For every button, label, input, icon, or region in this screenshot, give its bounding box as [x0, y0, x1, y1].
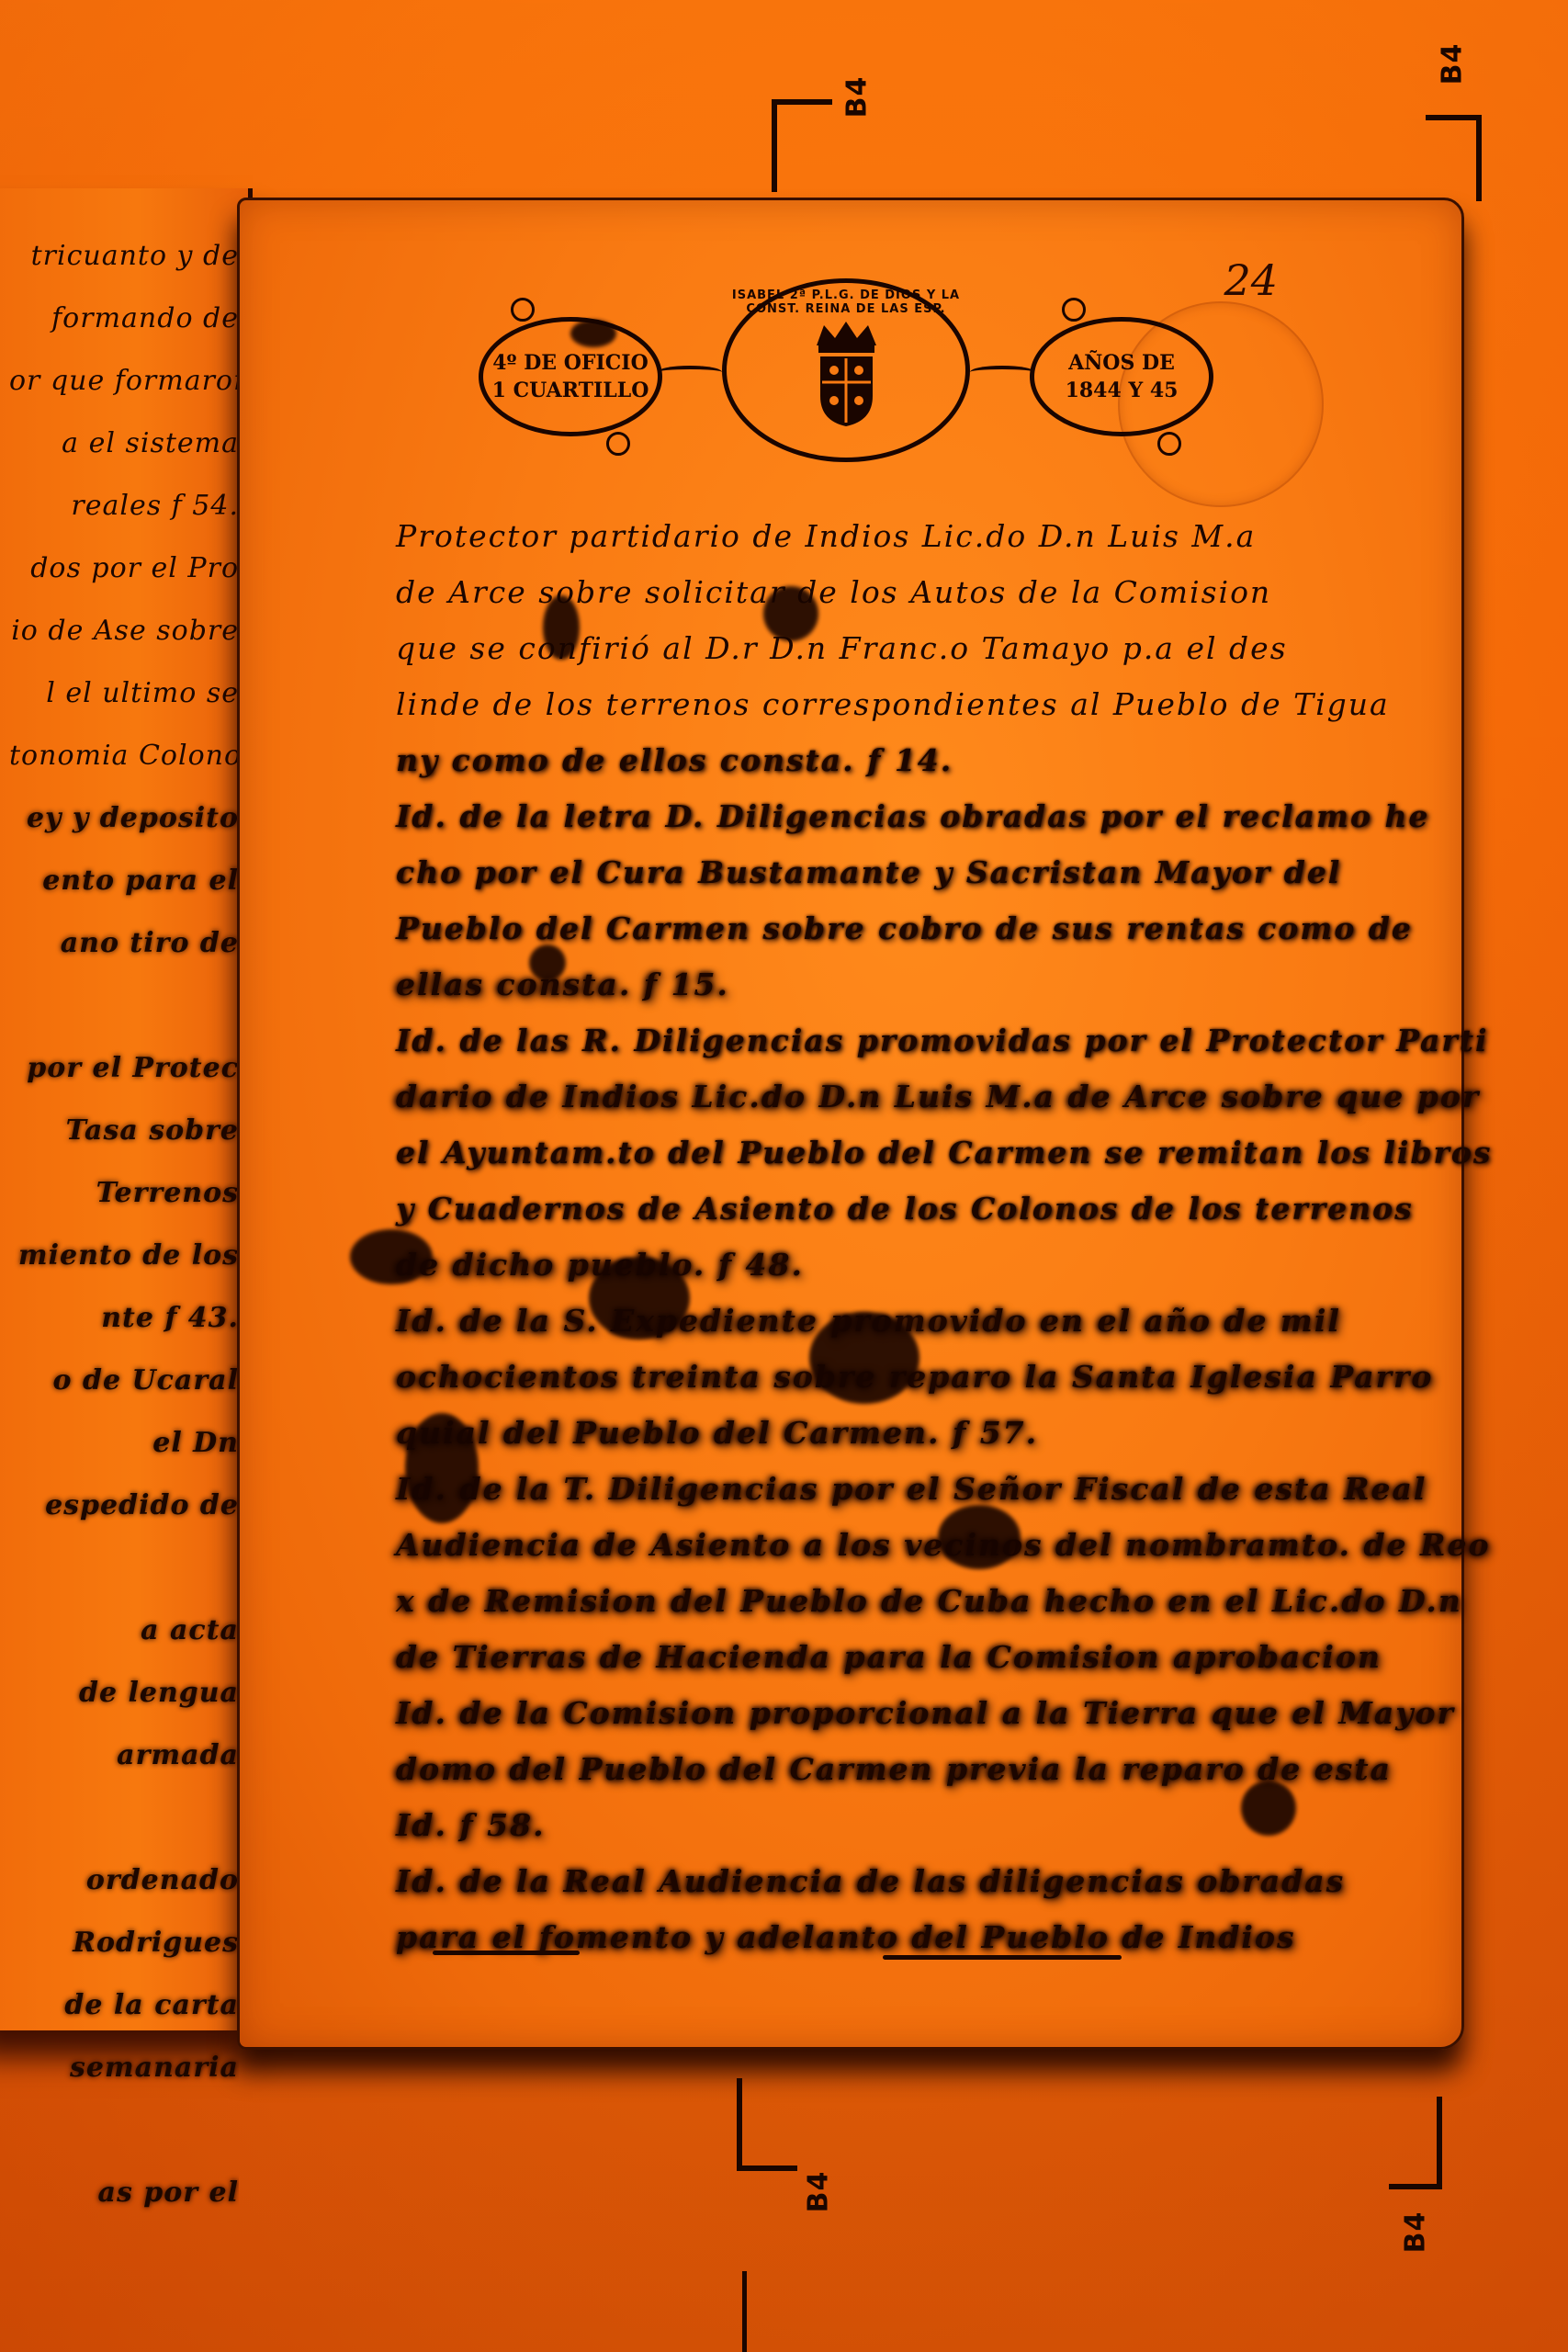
previous-page-line: as por el: [9, 2162, 239, 2224]
stamp-right-oval: AÑOS DE 1844 Y 45: [1030, 317, 1213, 436]
previous-page-line: dos por el Pro: [9, 537, 239, 600]
manuscript-line-text: que se confirió al D.r D.n Franc.o Tamay…: [396, 630, 1288, 666]
manuscript-line-text: Id. de la letra D. Diligencias obradas p…: [396, 798, 1429, 834]
closing-rule-line: [433, 1951, 580, 1955]
manuscript-line: Id. de la letra D. Diligencias obradas p…: [396, 788, 1425, 844]
previous-page-line: ano tiro de: [9, 912, 239, 975]
manuscript-line-text: ny como de ellos consta. f 14.: [396, 742, 953, 778]
manuscript-line: y Cuadernos de Asiento de los Colonos de…: [396, 1181, 1425, 1237]
crop-mark-bottom-right: [1389, 2097, 1442, 2189]
crop-label-bottom-right: B4: [1399, 2211, 1431, 2254]
ink-blot: [350, 1229, 433, 1284]
manuscript-line-text: Id. de la T. Diligencias por el Señor Fi…: [396, 1471, 1427, 1507]
crown-coat-of-arms-icon: [807, 318, 886, 428]
manuscript-line-text: dario de Indios Lic.do D.n Luis M.a de A…: [396, 1079, 1480, 1114]
previous-page-line: tricuanto y de: [9, 225, 239, 288]
manuscript-line-text: x de Remision del Pueblo de Cuba hecho e…: [396, 1583, 1462, 1619]
crop-mark-top-left: [772, 99, 832, 192]
manuscript-line: de dicho pueblo. f 48.: [396, 1237, 1425, 1293]
manuscript-line-text: linde de los terrenos correspondientes a…: [396, 686, 1390, 722]
flourish-ornament: [658, 366, 722, 379]
previous-page-line: de lengua: [9, 1662, 239, 1724]
manuscript-line-text: el Ayuntam.to del Pueblo del Carmen se r…: [396, 1135, 1493, 1170]
previous-page-line: miento de los: [9, 1225, 239, 1287]
previous-page: tricuanto y deformando deor que formaron…: [0, 188, 253, 2030]
previous-page-line: de la carta: [9, 1974, 239, 2037]
manuscript-line: ny como de ellos consta. f 14.: [396, 732, 1425, 788]
previous-page-line: [9, 1537, 239, 1600]
ink-blot: [589, 1257, 690, 1340]
manuscript-line: dario de Indios Lic.do D.n Luis M.a de A…: [396, 1069, 1425, 1125]
previous-page-line: or que formaron: [9, 350, 239, 413]
stamp-years-label: AÑOS DE: [1068, 349, 1175, 377]
manuscript-line-text: domo del Pueblo del Carmen previa la rep…: [396, 1751, 1392, 1787]
previous-page-line: [9, 2099, 239, 2162]
crop-label-bottom-left: B4: [802, 2171, 834, 2213]
previous-page-line: tonomia Colonos: [9, 725, 239, 787]
previous-page-line: espedido de: [9, 1475, 239, 1537]
previous-page-line: a el sistema: [9, 413, 239, 475]
manuscript-line-text: Id. de la Comision proporcional a la Tie…: [396, 1695, 1455, 1731]
manuscript-line-text: de Arce sobre solicitar de los Autos de …: [396, 574, 1271, 610]
ink-blot: [938, 1505, 1021, 1569]
stamp-class-text: 4º DE OFICIO: [492, 349, 649, 377]
previous-page-line: semanaria: [9, 2037, 239, 2099]
ink-blot: [1241, 1781, 1296, 1836]
previous-page-line: a acta: [9, 1600, 239, 1662]
manuscript-body: Protector partidario de Indios Lic.do D.…: [396, 508, 1425, 1965]
manuscript-line-text: Id. de la Real Audiencia de las diligenc…: [396, 1863, 1345, 1899]
manuscript-line: quial del Pueblo del Carmen. f 57.: [396, 1405, 1425, 1461]
previous-page-line: Terrenos: [9, 1162, 239, 1225]
manuscript-page: 24 4º DE OFICIO 1 CUARTILLO ISABEL 2ª P.…: [237, 198, 1464, 2050]
ink-blot: [809, 1312, 919, 1404]
previous-page-line: armada: [9, 1724, 239, 1787]
previous-page-line: ento para el: [9, 850, 239, 912]
closing-rule-line: [883, 1955, 1122, 1960]
frame-line-bottom: [742, 2271, 747, 2352]
manuscript-line: linde de los terrenos correspondientes a…: [396, 676, 1425, 732]
previous-page-line: nte f 43.: [9, 1287, 239, 1350]
previous-page-line: l el ultimo se: [9, 662, 239, 725]
stamp-years-value: 1844 Y 45: [1066, 377, 1179, 404]
manuscript-line-text: Id. de las R. Diligencias promovidas por…: [396, 1023, 1489, 1058]
manuscript-line: cho por el Cura Bustamante y Sacristan M…: [396, 844, 1425, 900]
manuscript-line-text: Id. f 58.: [396, 1807, 546, 1843]
ink-blot: [405, 1413, 479, 1523]
manuscript-line: Audiencia de Asiento a los vecinos del n…: [396, 1517, 1425, 1573]
previous-page-line: el Dn: [9, 1412, 239, 1475]
manuscript-line: Protector partidario de Indios Lic.do D.…: [396, 508, 1425, 564]
stamp-seal: 4º DE OFICIO 1 CUARTILLO ISABEL 2ª P.L.G…: [479, 278, 1213, 462]
manuscript-line: Id. de la Comision proporcional a la Tie…: [396, 1685, 1425, 1741]
previous-page-line: Rodrigues: [9, 1912, 239, 1974]
manuscript-line: de Tierras de Hacienda para la Comision …: [396, 1629, 1425, 1685]
manuscript-line: el Ayuntam.to del Pueblo del Carmen se r…: [396, 1125, 1425, 1181]
previous-page-line: o de Ucaral: [9, 1350, 239, 1412]
stamp-center-medallion: ISABEL 2ª P.L.G. DE DIOS Y LA CONST. REI…: [722, 278, 970, 462]
manuscript-line-text: cho por el Cura Bustamante y Sacristan M…: [396, 854, 1341, 890]
ink-blot: [763, 586, 818, 641]
previous-page-line: Tasa sobre: [9, 1100, 239, 1162]
previous-page-text: tricuanto y deformando deor que formaron…: [9, 225, 239, 2224]
previous-page-line: ordenado: [9, 1849, 239, 1912]
previous-page-line: io de Ase sobre: [9, 600, 239, 662]
manuscript-line: Id. de las R. Diligencias promovidas por…: [396, 1012, 1425, 1069]
manuscript-line-text: quial del Pueblo del Carmen. f 57.: [396, 1415, 1038, 1451]
manuscript-line: x de Remision del Pueblo de Cuba hecho e…: [396, 1573, 1425, 1629]
manuscript-line-text: y Cuadernos de Asiento de los Colonos de…: [396, 1191, 1414, 1227]
manuscript-line-text: Pueblo del Carmen sobre cobro de sus ren…: [396, 910, 1413, 946]
previous-page-line: [9, 1787, 239, 1849]
previous-page-line: [9, 975, 239, 1037]
previous-page-line: por el Protec: [9, 1037, 239, 1100]
previous-page-line: reales f 54.: [9, 475, 239, 537]
crop-mark-top-right: [1426, 115, 1482, 201]
crop-mark-bottom-left: [737, 2078, 797, 2171]
ink-blot: [529, 944, 566, 981]
manuscript-line-text: Protector partidario de Indios Lic.do D.…: [396, 518, 1256, 554]
crop-label-top-right: B4: [1436, 43, 1468, 85]
stamp-legend: ISABEL 2ª P.L.G. DE DIOS Y LA CONST. REI…: [727, 288, 965, 316]
previous-page-line: formando de: [9, 288, 239, 350]
manuscript-line-text: de Tierras de Hacienda para la Comision …: [396, 1639, 1382, 1675]
manuscript-line: Id. de la T. Diligencias por el Señor Fi…: [396, 1461, 1425, 1517]
stamp-value-text: 1 CUARTILLO: [492, 377, 649, 404]
previous-page-line: ey y deposito: [9, 787, 239, 850]
page-number: 24: [1224, 255, 1278, 305]
ink-blot: [570, 320, 616, 347]
flourish-ornament: [970, 366, 1034, 379]
ink-blot: [543, 595, 580, 660]
crop-label-top-left: B4: [840, 76, 873, 119]
manuscript-line: Id. de la Real Audiencia de las diligenc…: [396, 1853, 1425, 1909]
